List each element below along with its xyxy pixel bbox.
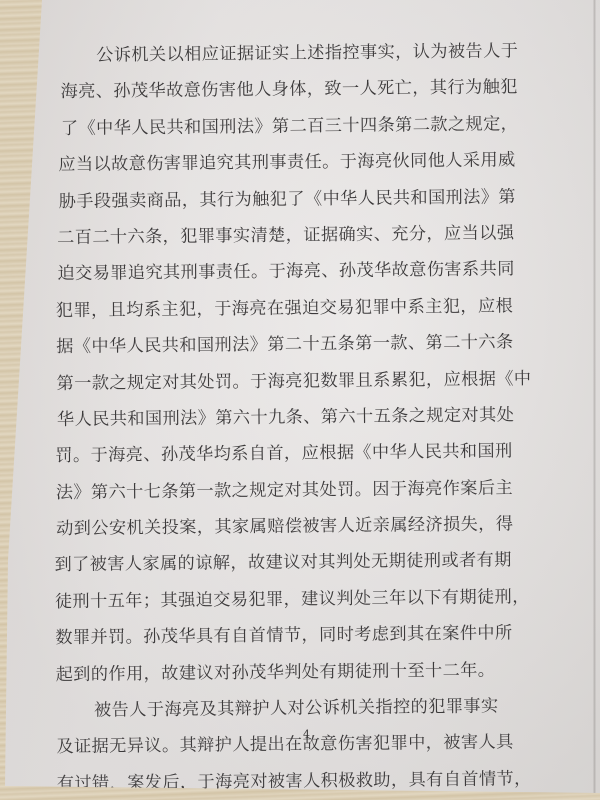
document-body: 公诉机关以相应证据证实上述指控事实，认为被告人于 海亮、孙茂华故意伤害他人身体，… bbox=[60, 33, 528, 800]
text-line: 了《中华人民共和国刑法》第二百三十四条第二款之规定， bbox=[61, 106, 521, 147]
text-line: 应当以故意伤害罪追究其刑事责任。于海亮伙同他人采用威 bbox=[58, 142, 521, 183]
photo-scene: 公诉机关以相应证据证实上述指控事实，认为被告人于 海亮、孙茂华故意伤害他人身体，… bbox=[0, 0, 600, 800]
text-line: 第一款之规定对其处罚。于海亮犯数罪且系累犯，应根据《中 bbox=[56, 361, 523, 402]
text-line: 据《中华人民共和国刑法》第二十五条第一款、第二十六条 bbox=[56, 324, 523, 365]
page-number: 4 bbox=[303, 728, 310, 741]
paper-fold-line bbox=[593, 0, 596, 800]
text-line: 海亮、孙茂华故意伤害他人身体，致一人死亡，其行为触犯 bbox=[60, 70, 520, 111]
text-line: 华人民共和国刑法》第六十九条、第六十五条之规定对其处 bbox=[57, 397, 524, 438]
text-line: 到了被害人家属的谅解，故建议对其判处无期徒刑或者有期 bbox=[54, 543, 525, 584]
text-line: 动到公安机关投案，其家属赔偿被害人近亲属经济损失，得 bbox=[56, 506, 525, 547]
document-page: 公诉机关以相应证据证实上述指控事实，认为被告人于 海亮、孙茂华故意伤害他人身体，… bbox=[0, 0, 600, 800]
text-line: 有过错，案发后，于海亮对被害人积极救助，具有自首情节， bbox=[57, 761, 528, 800]
text-line: 罚。于海亮、孙茂华均系自首，应根据《中华人民共和国刑 bbox=[55, 433, 524, 474]
text-line: 被告人于海亮及其辩护人对公诉机关指控的犯罪事实 bbox=[58, 688, 527, 729]
text-line: 徒刑十五年；其强迫交易犯罪，建议判处三年以下有期徒刑， bbox=[55, 579, 526, 620]
text-line: 公诉机关以相应证据证实上述指控事实，认为被告人于 bbox=[60, 33, 520, 74]
paragraph-prosecution: 公诉机关以相应证据证实上述指控事实，认为被告人于 海亮、孙茂华故意伤害他人身体，… bbox=[60, 33, 527, 693]
text-line: 迫交易罪追究其刑事责任。于海亮、孙茂华故意伤害系共同 bbox=[57, 252, 522, 293]
text-line: 犯罪，且均系主犯，于海亮在强迫交易犯罪中系主犯，应根 bbox=[56, 288, 523, 329]
text-line: 起到的作用，故建议对孙茂华判处有期徒刑十至十二年。 bbox=[55, 652, 526, 693]
text-line: 二百二十六条，犯罪事实清楚，证据确实、充分，应当以强 bbox=[57, 215, 522, 256]
paragraph-defense: 被告人于海亮及其辩护人对公诉机关指控的犯罪事实 及证据无异议。其辩护人提出在故意… bbox=[67, 688, 528, 800]
text-line: 及证据无异议。其辩护人提出在故意伤害犯罪中，被害人具 bbox=[56, 725, 527, 766]
text-line: 法》第六十七条第一款之规定对其处罚。因于海亮作案后主 bbox=[56, 470, 525, 511]
text-line: 胁手段强卖商品，其行为触犯了《中华人民共和国刑法》第 bbox=[59, 179, 522, 220]
text-line: 数罪并罚。孙茂华具有自首情节，同时考虑到其在案件中所 bbox=[55, 615, 526, 656]
